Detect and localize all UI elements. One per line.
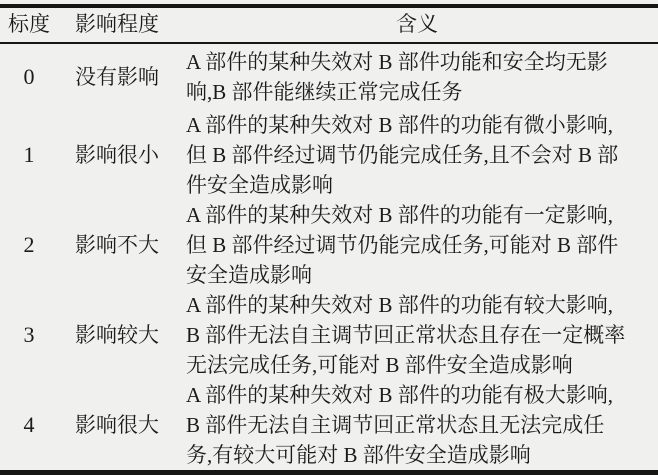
scale-value: 3 <box>0 290 58 380</box>
degree-label: 影响很大 <box>58 380 176 473</box>
scale-value: 4 <box>0 380 58 473</box>
column-header-scale: 标度 <box>0 6 58 43</box>
table-row: 3 影响较大 A 部件的某种失效对 B 部件的功能有较大影响, B 部件无法自主… <box>0 290 658 380</box>
column-header-meaning: 含义 <box>176 6 658 43</box>
column-header-degree: 影响程度 <box>58 6 176 43</box>
meaning-text: A 部件的某种失效对 B 部件的功能有较大影响, B 部件无法自主调节回正常状态… <box>176 290 658 380</box>
degree-label: 影响很小 <box>58 110 176 200</box>
degree-label: 没有影响 <box>58 43 176 110</box>
table-row: 2 影响不大 A 部件的某种失效对 B 部件的功能有一定影响, 但 B 部件经过… <box>0 200 658 290</box>
scale-value: 1 <box>0 110 58 200</box>
table-row: 1 影响很小 A 部件的某种失效对 B 部件的功能有微小影响, 但 B 部件经过… <box>0 110 658 200</box>
meaning-text: A 部件的某种失效对 B 部件的功能有微小影响, 但 B 部件经过调节仍能完成任… <box>176 110 658 200</box>
table-row: 4 影响很大 A 部件的某种失效对 B 部件的功能有极大影响, B 部件无法自主… <box>0 380 658 473</box>
impact-scale-table: 标度 影响程度 含义 0 没有影响 A 部件的某种失效对 B 部件功能和安全均无… <box>0 4 658 475</box>
scale-value: 0 <box>0 43 58 110</box>
scanned-paper-table-page: 标度 影响程度 含义 0 没有影响 A 部件的某种失效对 B 部件功能和安全均无… <box>0 0 658 475</box>
meaning-text: A 部件的某种失效对 B 部件的功能有一定影响, 但 B 部件经过调节仍能完成任… <box>176 200 658 290</box>
table-header-row: 标度 影响程度 含义 <box>0 6 658 43</box>
degree-label: 影响较大 <box>58 290 176 380</box>
meaning-text: A 部件的某种失效对 B 部件的功能有极大影响, B 部件无法自主调节回正常状态… <box>176 380 658 473</box>
meaning-text: A 部件的某种失效对 B 部件功能和安全均无影 响,B 部件能继续正常完成任务 <box>176 43 658 110</box>
degree-label: 影响不大 <box>58 200 176 290</box>
table-row: 0 没有影响 A 部件的某种失效对 B 部件功能和安全均无影 响,B 部件能继续… <box>0 43 658 110</box>
scale-value: 2 <box>0 200 58 290</box>
